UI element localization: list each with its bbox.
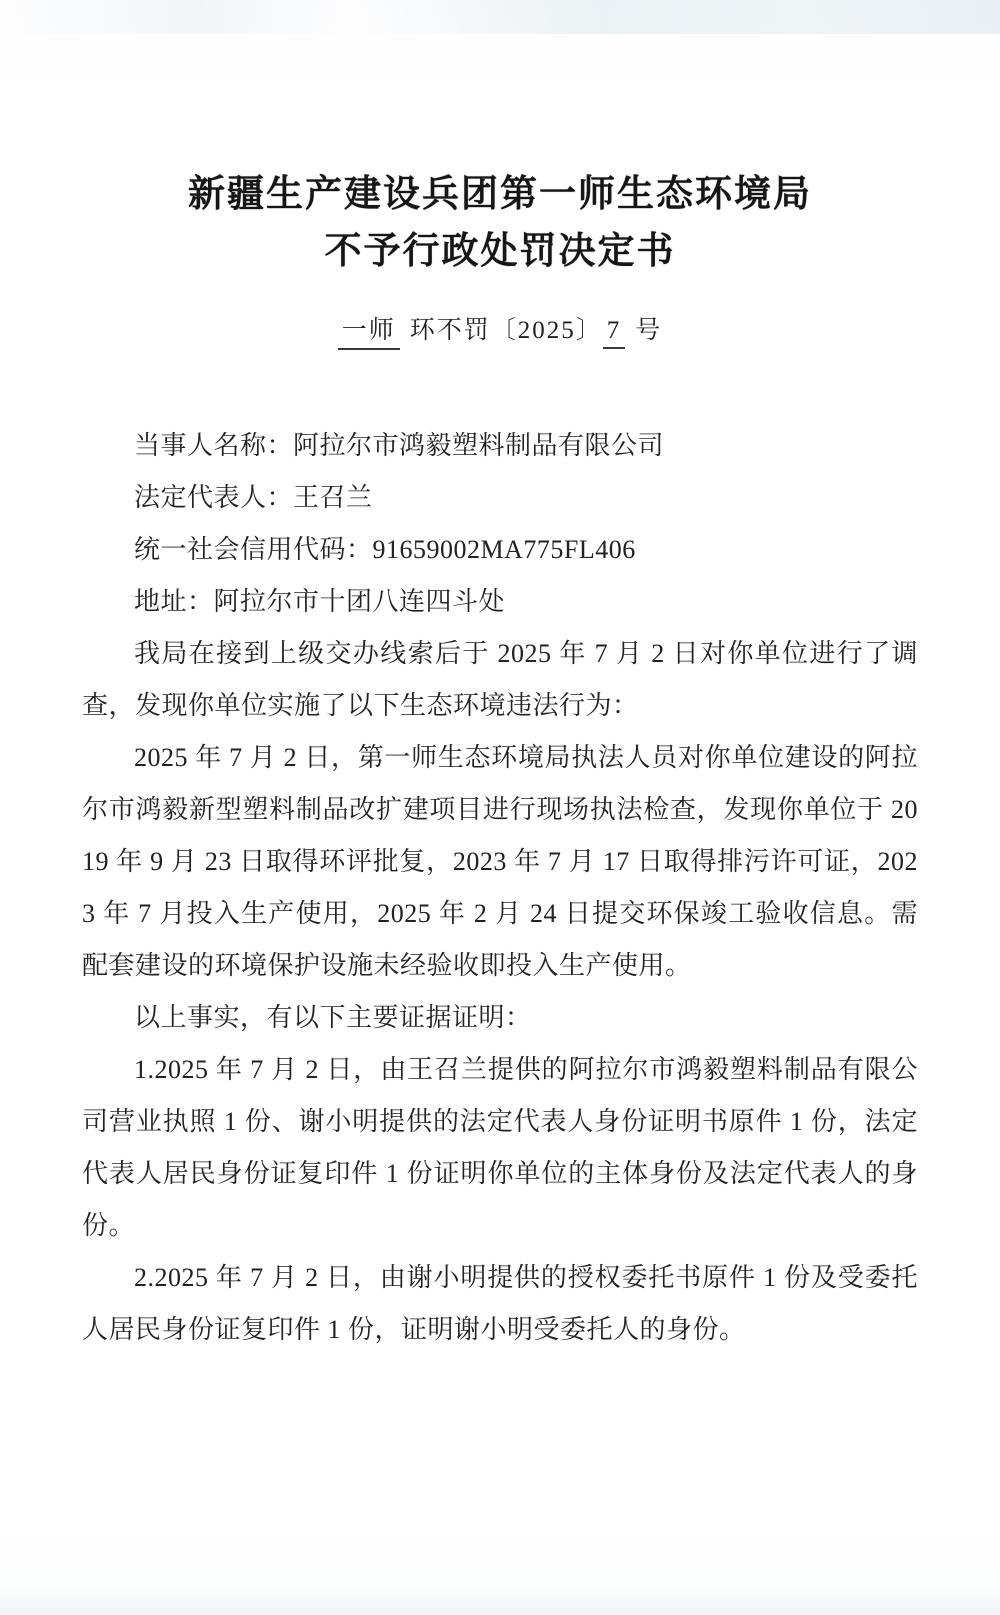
- scan-artifact-bottom: [0, 1589, 1000, 1615]
- paragraph: 以上事实，有以下主要证据证明：: [82, 992, 918, 1044]
- paragraph: 1.2025 年 7 月 2 日，由王召兰提供的阿拉尔市鸿毅塑料制品有限公司营业…: [82, 1044, 918, 1252]
- document-body: 当事人名称：阿拉尔市鸿毅塑料制品有限公司法定代表人：王召兰统一社会信用代码：91…: [82, 420, 918, 1356]
- paragraph: 2025 年 7 月 2 日，第一师生态环境局执法人员对你单位建设的阿拉尔市鸿毅…: [82, 732, 918, 992]
- scanned-document-page: 新疆生产建设兵团第一师生态环境局 不予行政处罚决定书 一师环不罚〔2025〕7号…: [0, 0, 1000, 1615]
- document-content: 新疆生产建设兵团第一师生态环境局 不予行政处罚决定书 一师环不罚〔2025〕7号…: [0, 0, 1000, 1356]
- document-number-serial: 7: [603, 317, 626, 349]
- document-title-line2: 不予行政处罚决定书: [325, 231, 676, 272]
- document-title-line1: 新疆生产建设兵团第一师生态环境局: [188, 174, 812, 215]
- document-number-org: 一师: [338, 310, 400, 350]
- paragraph: 我局在接到上级交办线索后于 2025 年 7 月 2 日对你单位进行了调查，发现…: [82, 628, 918, 732]
- paragraph: 统一社会信用代码：91659002MA775FL406: [82, 524, 918, 576]
- paragraph: 2.2025 年 7 月 2 日，由谢小明提供的授权委托书原件 1 份及受委托人…: [82, 1252, 918, 1356]
- paragraph: 地址：阿拉尔市十团八连四斗处: [82, 576, 918, 628]
- paragraph: 法定代表人：王召兰: [82, 472, 918, 524]
- document-number-middle: 环不罚〔2025〕: [410, 310, 603, 346]
- document-title: 新疆生产建设兵团第一师生态环境局 不予行政处罚决定书: [82, 166, 918, 280]
- document-number: 一师环不罚〔2025〕7号: [82, 310, 918, 350]
- document-number-suffix: 号: [635, 310, 662, 346]
- paragraph: 当事人名称：阿拉尔市鸿毅塑料制品有限公司: [82, 420, 918, 472]
